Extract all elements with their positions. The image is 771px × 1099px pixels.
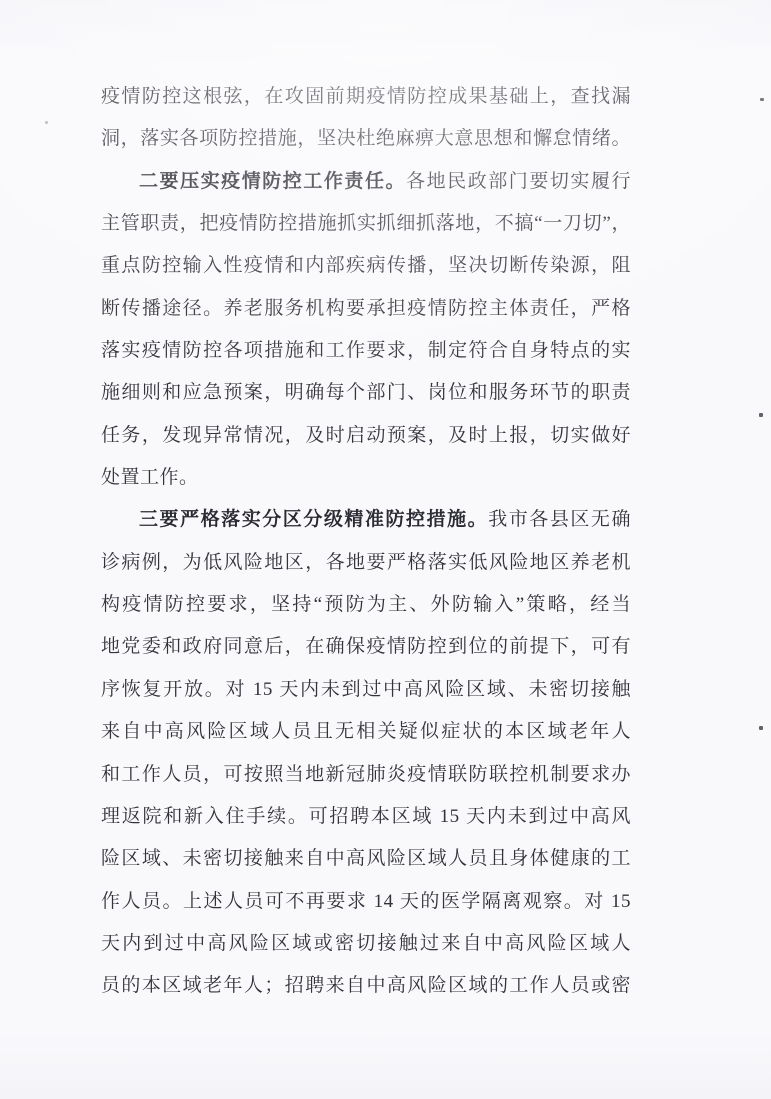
body-text: 险区域、未密切接触来自中高风险区域人员且身体健康的工 [101,848,631,869]
body-text: 主管职责，把疫情防控措施抓实抓细抓落地，不搞“一刀切”， [101,213,631,234]
text-line-19: 险区域、未密切接触来自中高风险区域人员且身体健康的工 [101,838,631,880]
body-text: 天内到过中高风险区域或密切接触过来自中高风险区域人 [101,933,631,954]
body-text: 员的本区域老年人；招聘来自中高风险区域的工作人员或密 [101,975,631,996]
text-line-22: 员的本区域老年人；招聘来自中高风险区域的工作人员或密 [101,965,631,1007]
scan-speck [759,726,763,730]
text-line-20: 作人员。上述人员可不再要求 14 天的医学隔离观察。对 15 [101,881,631,923]
bold-lead-text: 二要压实疫情防控工作责任。 [139,171,406,192]
body-text: 理返院和新入住手续。可招聘本区域 15 天内未到过中高风 [101,806,631,827]
text-line-12: 诊病例，为低风险地区，各地要严格落实低风险地区养老机 [101,542,631,584]
scan-speck [760,98,764,101]
body-text: 断传播途径。养老服务机构要承担疫情防控主体责任，严格 [101,298,631,319]
body-text: 重点防控输入性疫情和内部疾病传播，坚决切断传染源，阻 [101,255,631,276]
text-line-18: 理返院和新入住手续。可招聘本区域 15 天内未到过中高风 [101,796,631,838]
text-line-3: 二要压实疫情防控工作责任。各地民政部门要切实履行 [101,161,631,203]
text-line-17: 和工作人员，可按照当地新冠肺炎疫情联防联控机制要求办 [101,754,631,796]
text-line-4: 主管职责，把疫情防控措施抓实抓细抓落地，不搞“一刀切”， [101,203,631,245]
text-line-11: 三要严格落实分区分级精准防控措施。我市各县区无确 [101,499,631,541]
text-line-6: 断传播途径。养老服务机构要承担疫情防控主体责任，严格 [101,288,631,330]
body-text: 我市各县区无确 [488,509,631,530]
text-line-21: 天内到过中高风险区域或密切接触过来自中高风险区域人 [101,923,631,965]
bold-lead-text: 三要严格落实分区分级精准防控措施。 [139,509,488,530]
text-line-2: 洞，落实各项防控措施，坚决杜绝麻痹大意思想和懈怠情绪。 [101,118,631,160]
body-text: 施细则和应急预案，明确每个部门、岗位和服务环节的职责 [101,382,631,403]
text-line-7: 落实疫情防控各项措施和工作要求，制定符合自身特点的实 [101,330,631,372]
text-line-10: 处置工作。 [101,457,631,499]
body-text: 来自中高风险区域人员且无相关疑似症状的本区域老年人 [101,721,631,742]
body-text: 诊病例，为低风险地区，各地要严格落实低风险地区养老机 [101,552,631,573]
body-text: 各地民政部门要切实履行 [406,171,631,192]
text-line-5: 重点防控输入性疫情和内部疾病传播，坚决切断传染源，阻 [101,245,631,287]
document-text-block: 疫情防控这根弦，在攻固前期疫情防控成果基础上，查找漏洞，落实各项防控措施，坚决杜… [101,76,631,1008]
body-text: 作人员。上述人员可不再要求 14 天的医学隔离观察。对 15 [101,891,631,912]
text-line-13: 构疫情防控要求，坚持“预防为主、外防输入”策略，经当 [101,584,631,626]
body-text: 和工作人员，可按照当地新冠肺炎疫情联防联控机制要求办 [101,764,631,785]
body-text: 疫情防控这根弦，在攻固前期疫情防控成果基础上，查找漏 [101,86,631,107]
body-text: 落实疫情防控各项措施和工作要求，制定符合自身特点的实 [101,340,631,361]
document-page: 疫情防控这根弦，在攻固前期疫情防控成果基础上，查找漏洞，落实各项防控措施，坚决杜… [0,0,771,1099]
body-text: 地党委和政府同意后，在确保疫情防控到位的前提下，可有 [101,636,631,657]
body-text: 洞，落实各项防控措施，坚决杜绝麻痹大意思想和懈怠情绪。 [101,128,631,149]
body-text: 构疫情防控要求，坚持“预防为主、外防输入”策略，经当 [101,594,631,615]
body-text: 序恢复开放。对 15 天内未到过中高风险区域、未密切接触 [101,679,631,700]
scan-speck [45,121,48,124]
text-line-16: 来自中高风险区域人员且无相关疑似症状的本区域老年人 [101,711,631,753]
body-text: 任务，发现异常情况，及时启动预案，及时上报，切实做好 [101,425,631,446]
text-line-8: 施细则和应急预案，明确每个部门、岗位和服务环节的职责 [101,372,631,414]
text-line-15: 序恢复开放。对 15 天内未到过中高风险区域、未密切接触 [101,669,631,711]
text-line-1: 疫情防控这根弦，在攻固前期疫情防控成果基础上，查找漏 [101,76,631,118]
text-line-9: 任务，发现异常情况，及时启动预案，及时上报，切实做好 [101,415,631,457]
text-line-14: 地党委和政府同意后，在确保疫情防控到位的前提下，可有 [101,626,631,668]
body-text: 处置工作。 [101,467,199,488]
scan-speck [759,413,763,417]
